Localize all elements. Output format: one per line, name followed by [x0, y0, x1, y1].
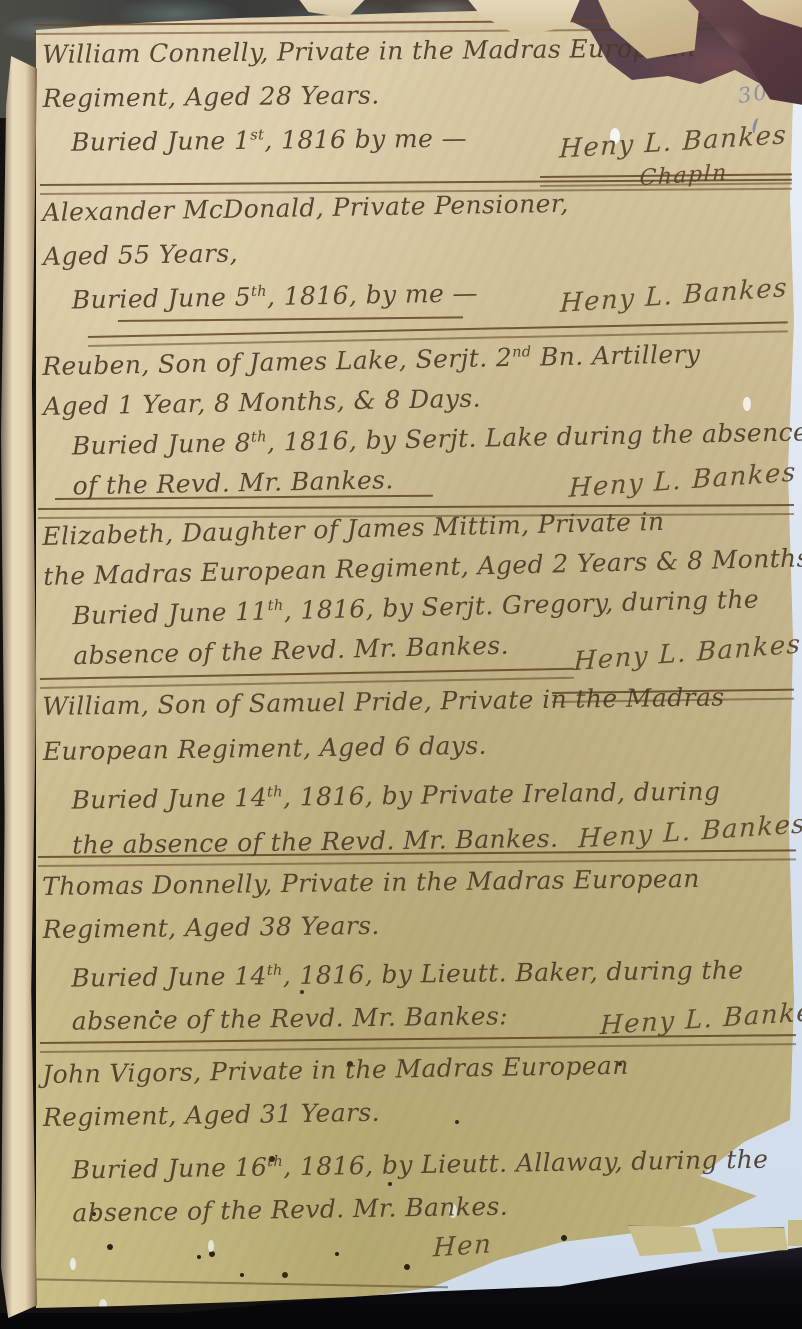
burial-entry-william-connelly: William Connelly, Private in the Madras …	[42, 32, 795, 172]
clergyman-signature: Hen	[432, 1229, 492, 1263]
entry-body-line: European Regiment, Aged 6 days.	[43, 726, 796, 781]
burial-entry-elizabeth-mittim: Elizabeth, Daughter of James Mittim, Pri…	[42, 504, 798, 682]
burial-entry-thomas-donnelly: Thomas Donnelly, Private in the Madras E…	[42, 863, 796, 1050]
entry-body-line: Regiment, Aged 28 Years.	[42, 76, 794, 128]
burial-entry-john-vigors: John Vigors, Private in the Madras Europ…	[42, 1048, 797, 1242]
burial-entry-alexander-mcdonald: Alexander McDonald, Private Pensioner,Ag…	[42, 185, 796, 330]
burial-entry-william-pride: William, Son of Samuel Pride, Private in…	[42, 682, 796, 876]
entry-body-line: Regiment, Aged 38 Years.	[43, 906, 795, 958]
torn-paper-island	[712, 1226, 788, 1254]
burial-entry-reuben-lake: Reuben, Son of James Lake, Serjt. 2nd Bn…	[42, 338, 797, 512]
scanned-burial-register-page: William Connelly, Private in the Madras …	[0, 0, 802, 1329]
torn-paper-island	[788, 1220, 802, 1246]
previous-page-torn-edge	[1, 56, 37, 1318]
